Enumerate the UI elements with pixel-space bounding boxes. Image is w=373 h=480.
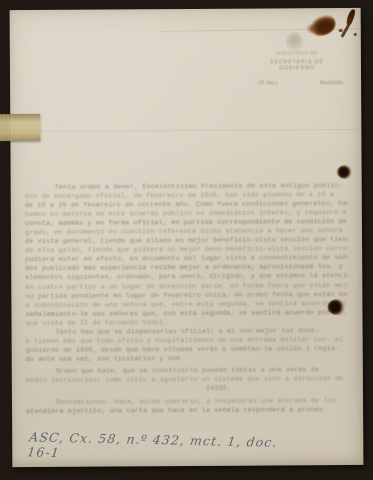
scanned-document-photo: { "page": { "background_color": "#211a14… [0,0,373,480]
archive-annotation: ASC, Cx. 58, n.º 432, mct. 1, doc. 16-1 [26,429,290,465]
burn-hole-lower [327,299,346,315]
tape-fragment [0,114,40,141]
typed-line: señalamiento-le sus señores que, con est… [25,309,348,320]
paper-crease [10,129,361,132]
letterhead-line: SECRETARIA DE GOBIERNO [253,59,341,72]
typed-line: 24335. [206,385,240,394]
reference-line: Of. No.) Asunción, [258,80,344,87]
typed-line: atendiera ejercito; una carta que hace e… [26,406,323,417]
letterhead-emblem-icon [286,32,303,51]
letterhead-line: MINISTERIO DE [262,50,332,55]
reference-number-label: Of. No.) [258,80,277,86]
reference-place-label: Asunción, [320,80,344,86]
burn-hole-upper [337,165,353,179]
rust-stain-blob-small [306,24,318,33]
typed-body: Tenía orden a dever, Excelentísimo Presi… [25,182,349,417]
typed-line: medio territorios; como sitio a igualarl… [26,375,349,386]
rust-stain-dot [354,33,357,36]
typed-line: gobierno de 1936, desde que hace situada… [26,345,349,356]
typed-line: do ante una vez, son licitarios y contin… [26,355,181,365]
rust-stain-dot [339,29,343,32]
paper-sheet: MINISTERIO DE SECRETARIA DE GOBIERNO Of.… [10,8,364,467]
